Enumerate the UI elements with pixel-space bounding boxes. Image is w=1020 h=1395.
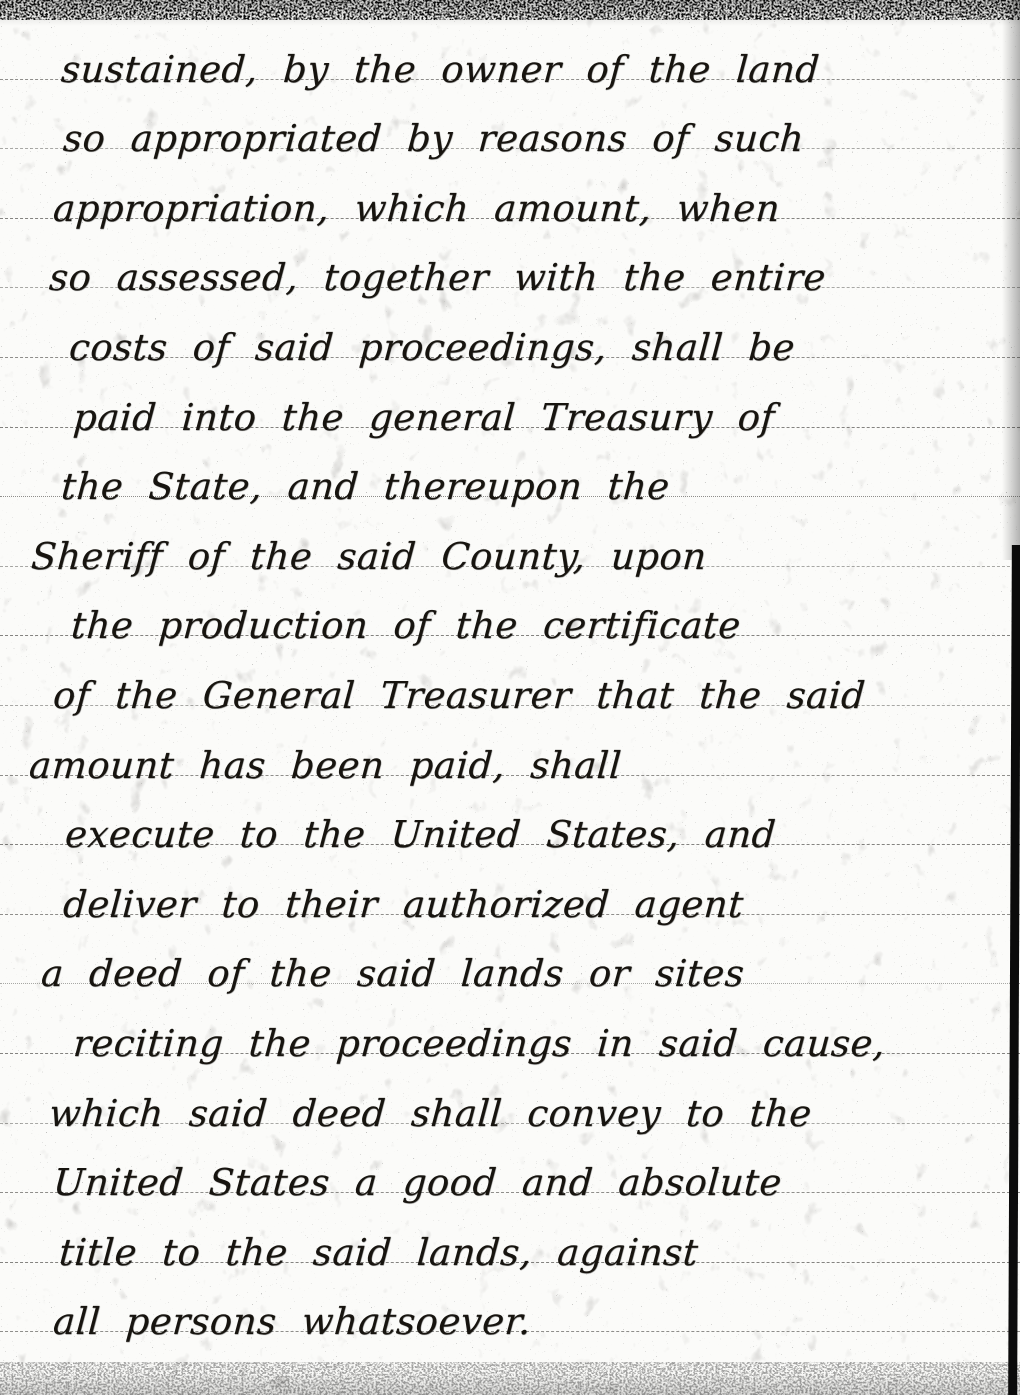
handwritten-text: appropriation, which amount, when [52,190,781,227]
handwritten-line: sustained, by the owner of the land [0,10,1020,80]
handwritten-text: all persons whatsoever. [52,1303,532,1340]
manuscript-text-block: sustained, by the owner of the land so a… [0,0,1020,1395]
handwritten-text: reciting the proceedings in said cause, [72,1025,887,1062]
handwritten-text: the production of the certificate [70,607,742,644]
handwritten-text: so assessed, together with the entire [48,259,827,296]
handwritten-text: which said deed shall convey to the [48,1095,813,1132]
scanned-document-page: sustained, by the owner of the land so a… [0,0,1020,1395]
handwritten-text: execute to the United States, and [64,816,777,853]
handwritten-text: title to the said lands, against [58,1234,699,1271]
handwritten-text: Sheriff of the said County, upon [30,538,708,575]
handwritten-text: so appropriated by reasons of such [62,120,805,157]
handwritten-text: a deed of the said lands or sites [40,955,746,992]
handwritten-text: the State, and thereupon the [60,468,671,505]
handwritten-text: sustained, by the owner of the land [60,51,821,88]
handwritten-text: deliver to their authorized agent [62,886,745,923]
handwritten-text: United States a good and absolute [52,1164,783,1201]
handwritten-text: of the General Treasurer that the said [52,677,867,714]
handwritten-text: amount has been paid, shall [28,747,623,784]
handwritten-text: costs of said proceedings, shall be [68,329,796,366]
handwritten-text: paid into the general Treasury of [72,399,776,436]
